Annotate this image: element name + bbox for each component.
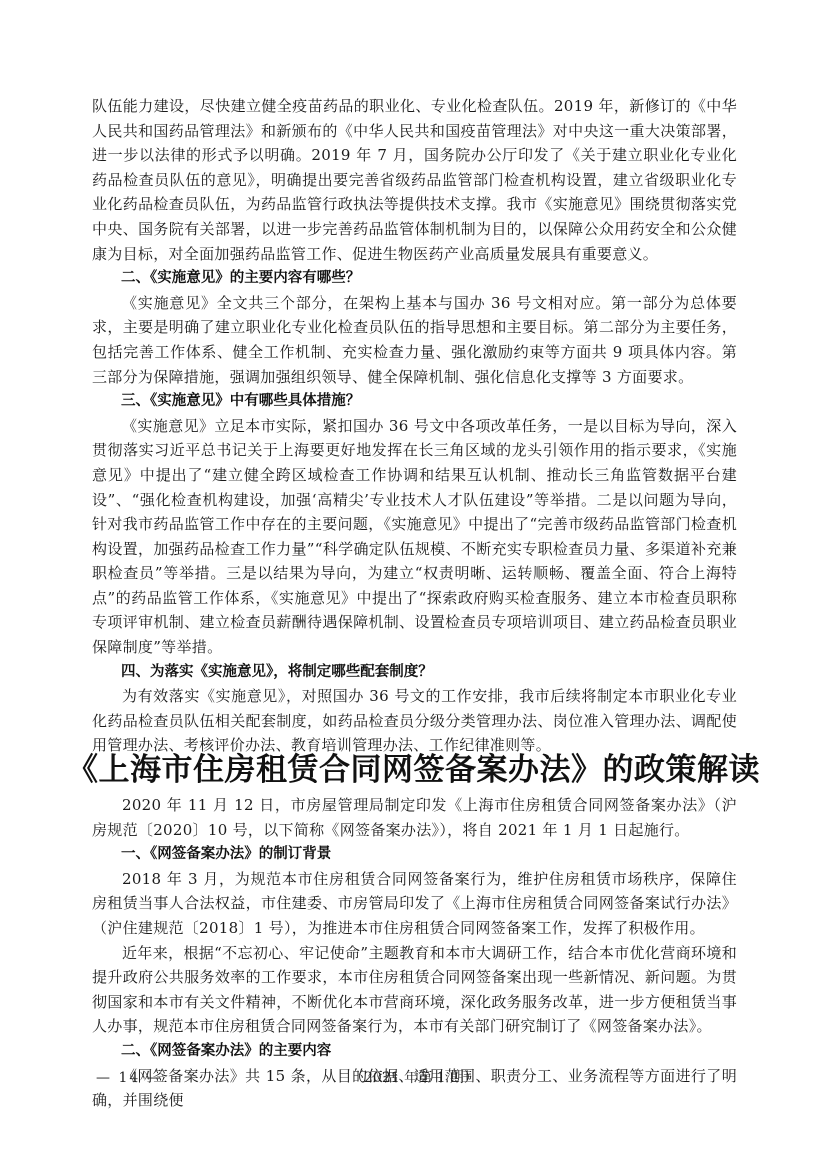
article-body: 2020 年 11 月 12 日，市房屋管理局制定印发《上海市住房租赁合同网签备… [92, 793, 737, 1113]
body-paragraph: 2018 年 3 月，为规范本市住房租赁合同网签备案行为，维护住房租赁市场秩序，… [92, 867, 737, 941]
previous-article-continuation: 队伍能力建设，尽快建立健全疫苗药品的职业化、专业化检查队伍。2019 年，新修订… [92, 94, 737, 758]
body-paragraph: 近年来，根据“不忘初心、牢记使命”主题教育和本市大调研工作，结合本市优化营商环境… [92, 941, 737, 1039]
page-footer: — 14 — （2021 年第 1 期） [92, 1066, 737, 1090]
body-paragraph: 2020 年 11 月 12 日，市房屋管理局制定印发《上海市住房租赁合同网签备… [92, 793, 737, 842]
body-paragraph: 《实施意见》全文共三个部分，在架构上基本与国办 36 号文相对应。第一部分为总体… [92, 291, 737, 389]
section-heading: 二、《网签备案办法》的主要内容 [92, 1039, 737, 1064]
section-heading: 二、《实施意见》的主要内容有哪些？ [92, 266, 737, 291]
issue-label: （2021 年第 1 期） [350, 1066, 478, 1090]
article-title: 《上海市住房租赁合同网签备案办法》的政策解读 [60, 748, 767, 792]
body-paragraph: 《实施意见》立足本市实际，紧扣国办 36 号文中各项改革任务，一是以目标为导向，… [92, 414, 737, 660]
section-heading: 一、《网签备案办法》的制订背景 [92, 842, 737, 867]
body-paragraph: 队伍能力建设，尽快建立健全疫苗药品的职业化、专业化检查队伍。2019 年，新修订… [92, 94, 737, 266]
page-number: — 14 — [96, 1066, 163, 1090]
section-heading: 三、《实施意见》中有哪些具体措施？ [92, 389, 737, 414]
section-heading: 四、为落实《实施意见》，将制定哪些配套制度？ [92, 660, 737, 685]
